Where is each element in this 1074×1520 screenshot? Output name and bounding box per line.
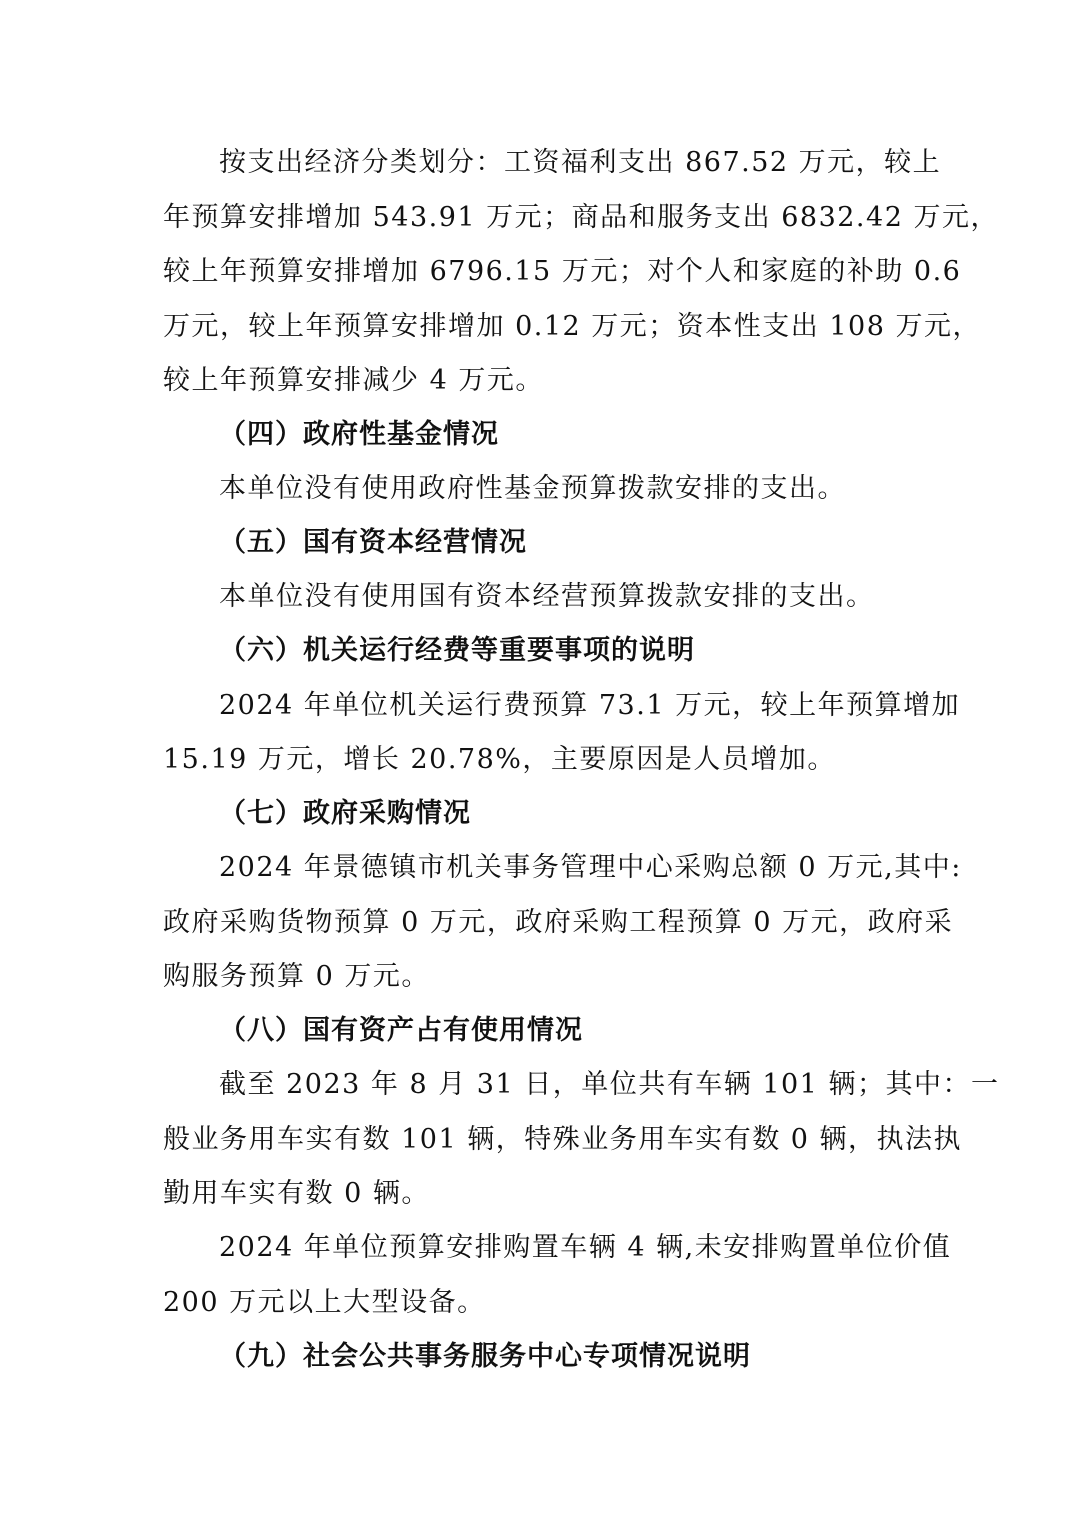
- paragraph-line: 般业务用车实有数 101 辆，特殊业务用车实有数 0 辆，执法执: [163, 1118, 937, 1162]
- section-heading-7: （七）政府采购情况: [219, 792, 471, 836]
- document-page: 按支出经济分类划分：工资福利支出 867.52 万元，较上 年预算安排增加 54…: [0, 0, 1074, 1520]
- paragraph-line: 按支出经济分类划分：工资福利支出 867.52 万元，较上: [219, 141, 937, 185]
- section-heading-4: （四）政府性基金情况: [219, 413, 499, 457]
- paragraph-line: 2024 年单位机关运行费预算 73.1 万元，较上年预算增加: [219, 684, 937, 728]
- paragraph-line: 购服务预算 0 万元。: [163, 955, 937, 999]
- section-heading-6: （六）机关运行经费等重要事项的说明: [219, 629, 695, 673]
- paragraph-line: 勤用车实有数 0 辆。: [163, 1172, 937, 1216]
- section-heading-8: （八）国有资产占有使用情况: [219, 1009, 583, 1053]
- paragraph-line: 年预算安排增加 543.91 万元；商品和服务支出 6832.42 万元，: [163, 196, 937, 240]
- paragraph-line: 万元，较上年预算安排增加 0.12 万元；资本性支出 108 万元，: [163, 305, 937, 349]
- paragraph-line: 截至 2023 年 8 月 31 日，单位共有车辆 101 辆；其中：一: [219, 1063, 937, 1107]
- paragraph-line: 政府采购货物预算 0 万元，政府采购工程预算 0 万元，政府采: [163, 901, 937, 945]
- paragraph-line: 2024 年单位预算安排购置车辆 4 辆,未安排购置单位价值: [219, 1226, 937, 1270]
- paragraph-line: 本单位没有使用政府性基金预算拨款安排的支出。: [219, 467, 937, 511]
- paragraph-line: 本单位没有使用国有资本经营预算拨款安排的支出。: [219, 575, 937, 619]
- paragraph-line: 200 万元以上大型设备。: [163, 1281, 937, 1325]
- paragraph-line: 较上年预算安排增加 6796.15 万元；对个人和家庭的补助 0.6: [163, 250, 937, 294]
- section-heading-5: （五）国有资本经营情况: [219, 521, 527, 565]
- paragraph-line: 15.19 万元，增长 20.78%，主要原因是人员增加。: [163, 738, 937, 782]
- paragraph-line: 2024 年景德镇市机关事务管理中心采购总额 0 万元,其中:: [219, 846, 937, 890]
- paragraph-line: 较上年预算安排减少 4 万元。: [163, 359, 937, 403]
- section-heading-9: （九）社会公共事务服务中心专项情况说明: [219, 1335, 751, 1379]
